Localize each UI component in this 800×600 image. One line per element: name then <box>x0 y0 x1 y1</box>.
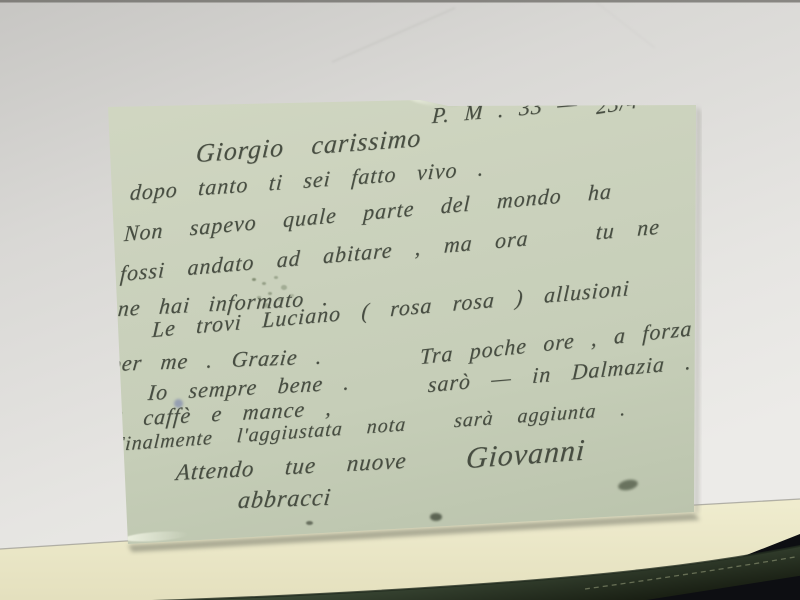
ink-speck <box>306 521 313 525</box>
body-line-6: per me . Grazie . <box>109 345 324 376</box>
photo: P. M . 33 —23/4Giorgio carissimodopo tan… <box>0 0 800 600</box>
ink-smudge <box>430 513 442 521</box>
signature: Giovanni <box>465 435 587 475</box>
ink-smudge <box>617 478 639 492</box>
closing-line: Attendo tue nuove <box>175 449 408 485</box>
frame-top-line <box>0 0 800 3</box>
farewell-line: abbracci <box>237 486 333 515</box>
ink-speckle-stain <box>252 278 256 281</box>
